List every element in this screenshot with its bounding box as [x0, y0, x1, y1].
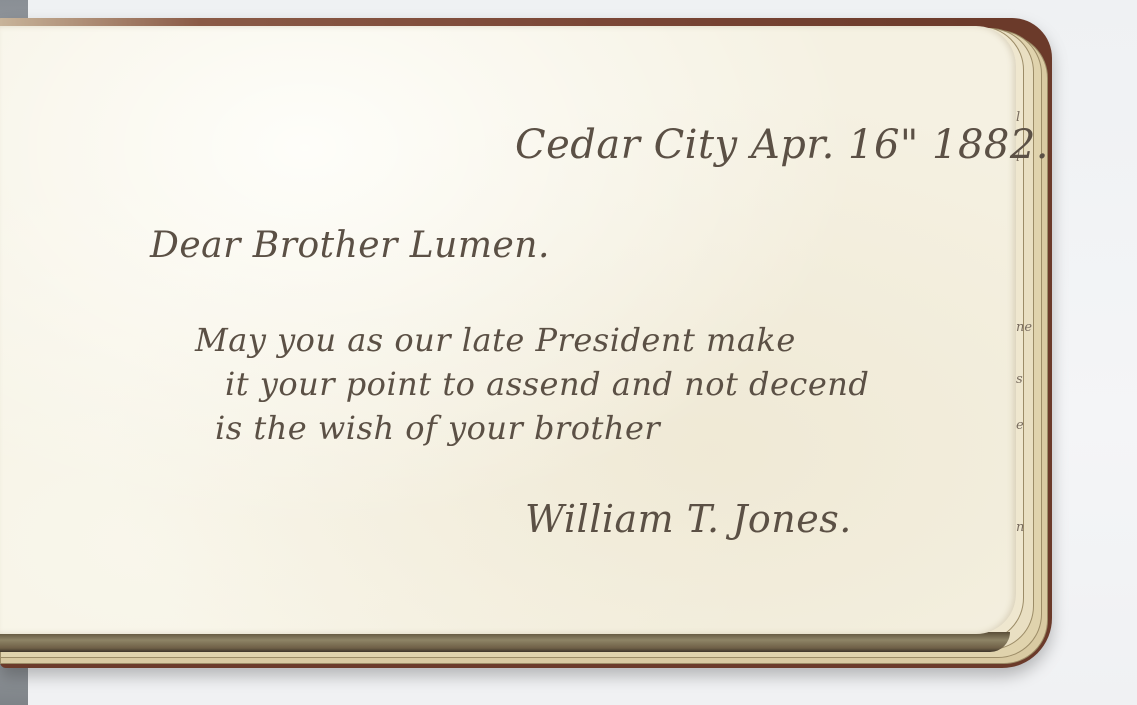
- edge-fragment: ne: [1016, 320, 1032, 335]
- edge-fragment: e: [1016, 418, 1024, 433]
- body-line: May you as our late President make: [195, 318, 869, 362]
- signature: William T. Jones.: [525, 497, 852, 541]
- edge-fragment: n: [1016, 520, 1024, 535]
- dateline: Cedar City Apr. 16" 1882.: [515, 122, 1049, 168]
- body-line: is the wish of your brother: [195, 406, 869, 450]
- letter-body: May you as our late President make it yo…: [195, 318, 869, 450]
- page-block-bottom-edge: [0, 632, 1010, 652]
- salutation: Dear Brother Lumen.: [150, 225, 550, 266]
- body-line: it your point to assend and not decend: [195, 362, 869, 406]
- edge-fragment: s: [1016, 372, 1023, 387]
